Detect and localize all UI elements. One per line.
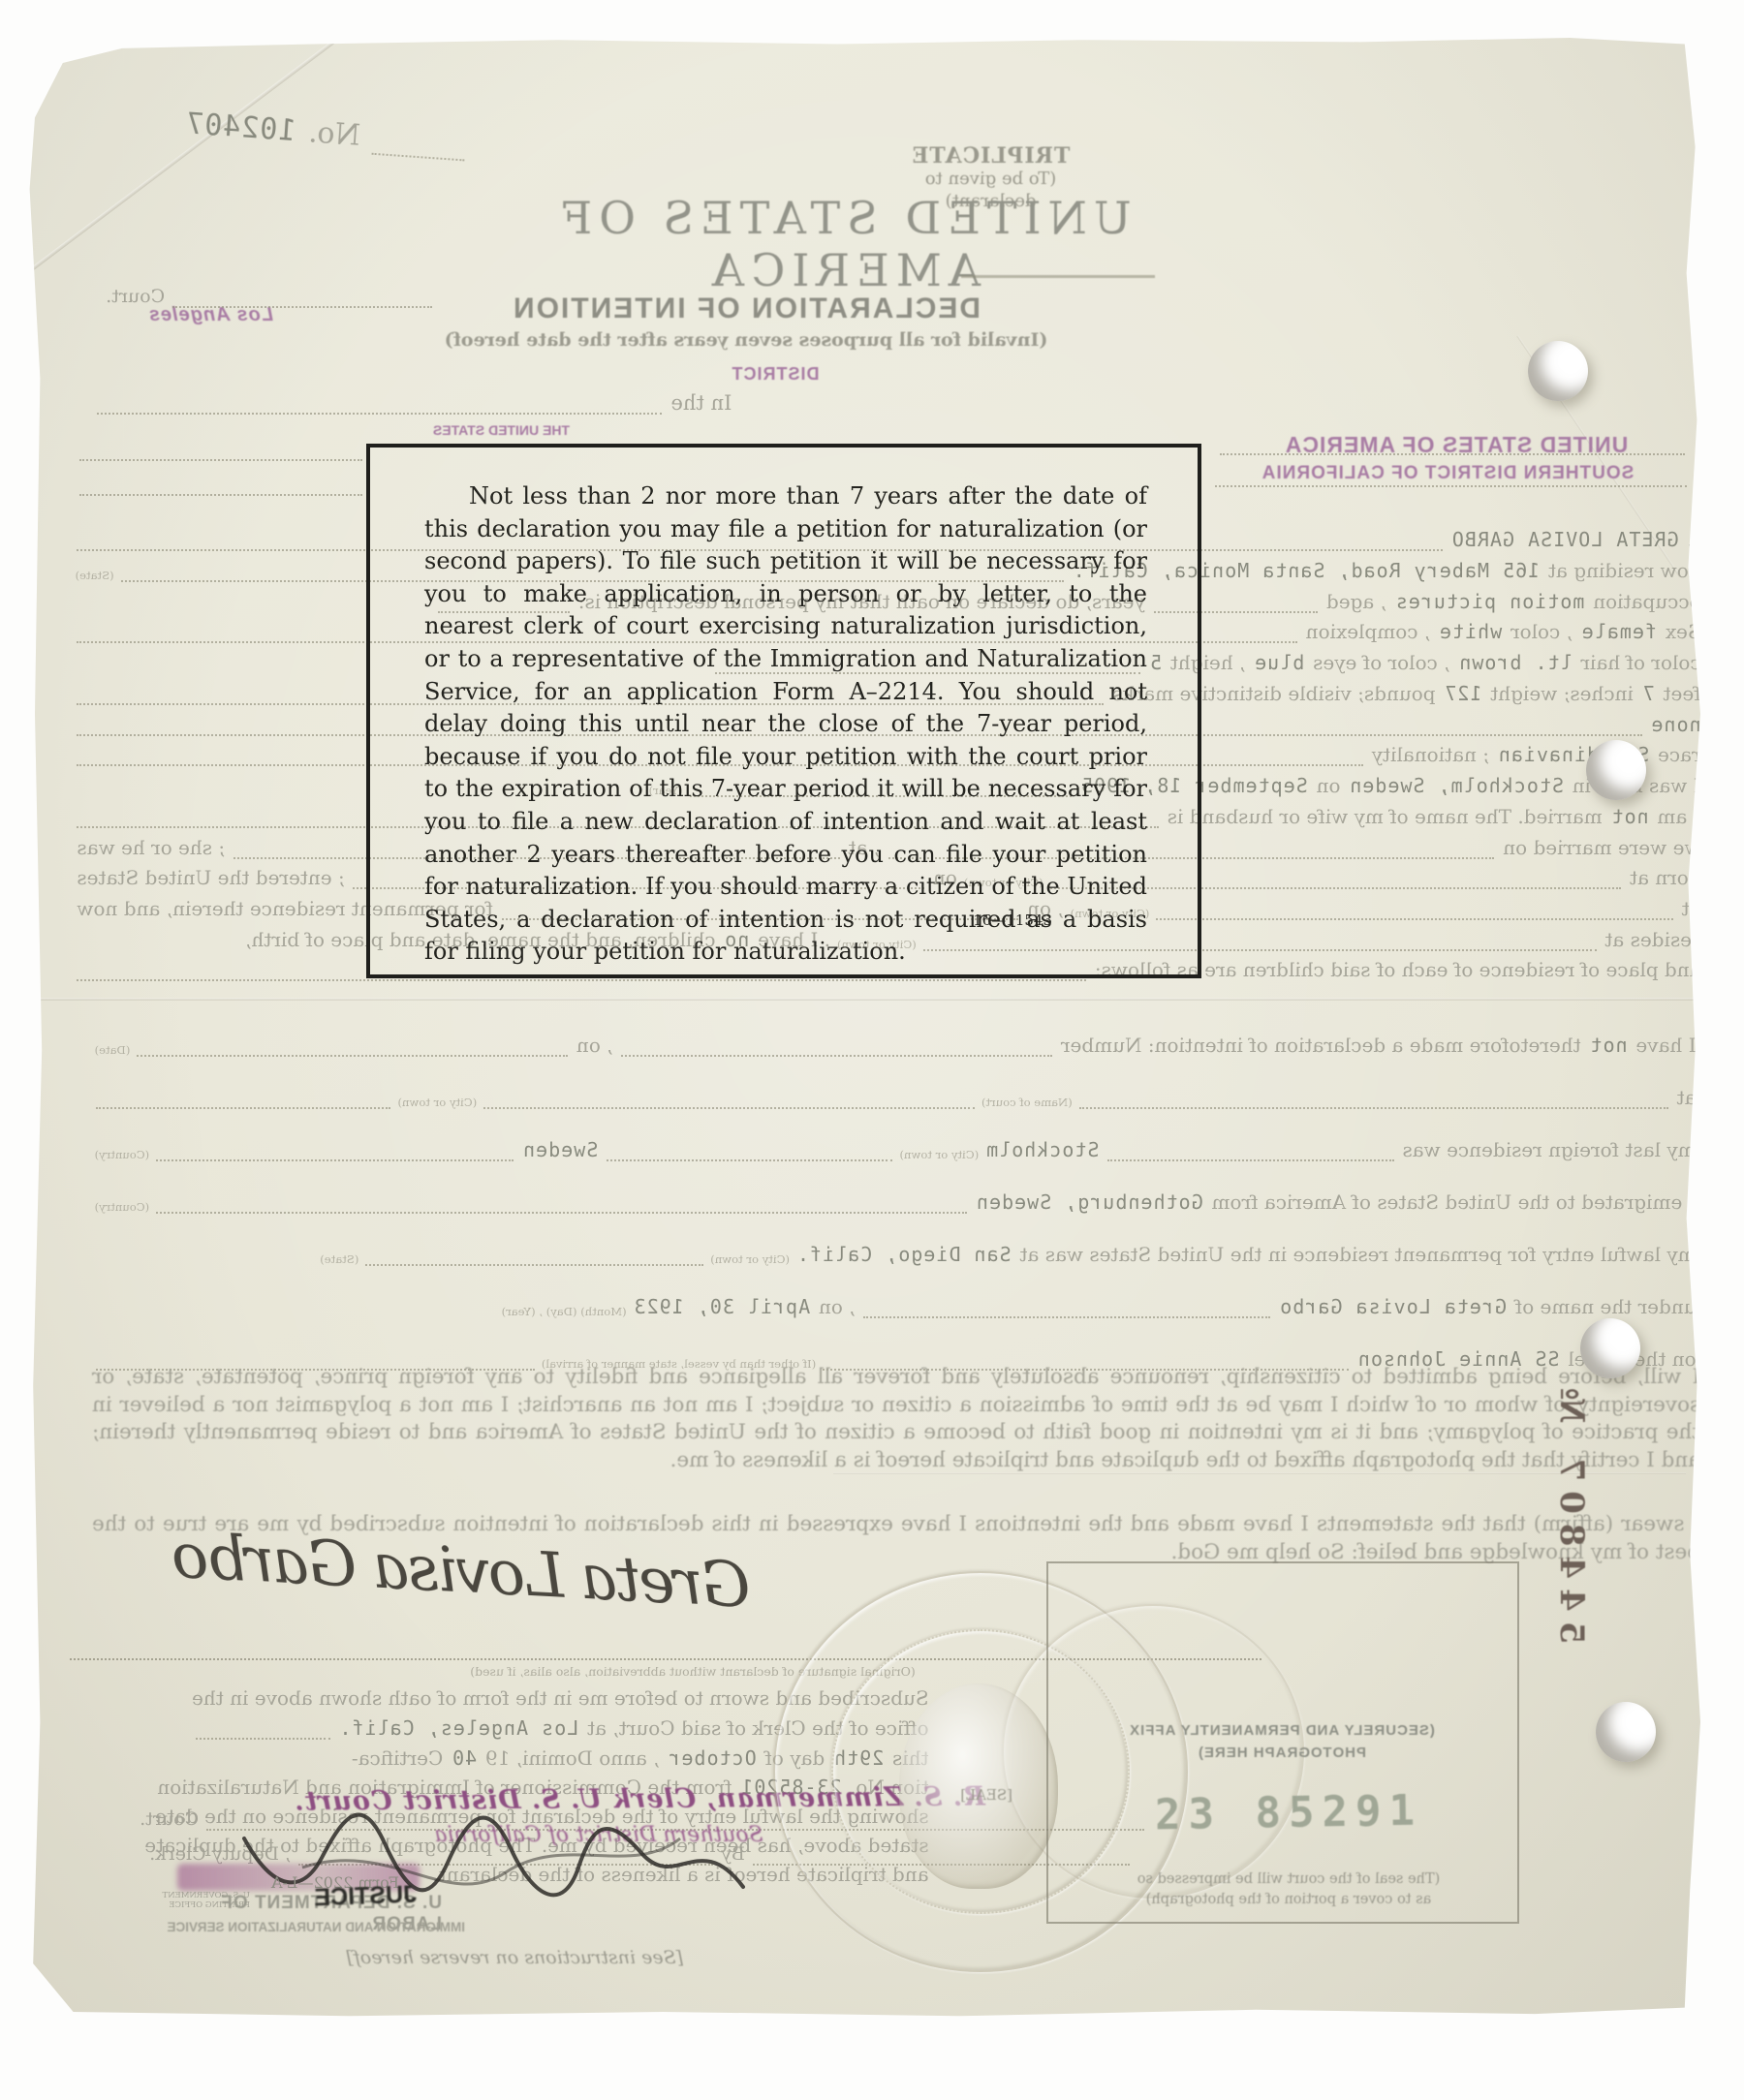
form-row: In the xyxy=(92,391,736,415)
punch-hole xyxy=(1528,341,1588,401)
typed-entry: 7 xyxy=(1642,683,1655,705)
title-rule xyxy=(961,275,1155,278)
field-label: at xyxy=(1682,898,1701,920)
oath-paragraph: I will, before being admitted to citizen… xyxy=(92,1364,1700,1474)
dotted-leader xyxy=(621,1055,1052,1057)
typed-entry: October xyxy=(668,1747,756,1770)
field-sublabel: (Name of court) xyxy=(981,1096,1073,1109)
field-label: , aged xyxy=(1326,591,1386,613)
footer-service: IMMIGRATION AND NATURALIZATION SERVICE xyxy=(145,1920,465,1934)
field-label: I emigrated to the United States of Amer… xyxy=(1212,1191,1697,1214)
copy-label: TRIPLICATE xyxy=(901,143,1080,169)
dotted-leader xyxy=(96,1107,390,1109)
field-sublabel: (Month) (Day) , (Year) xyxy=(502,1306,627,1318)
notice-form-number: 16—11543 xyxy=(973,905,1052,938)
typed-entry: 127 xyxy=(1444,683,1481,705)
field-label: No. xyxy=(307,116,361,153)
field-label: married. The name of my wife or husband … xyxy=(1168,806,1603,828)
photo-affix-note: (SECURELY AND PERMANENTLY AFFIXPHOTOGRAP… xyxy=(1074,1720,1490,1764)
form-row xyxy=(1211,485,1691,487)
form-row: No.102407 xyxy=(84,101,473,161)
dotted-leader xyxy=(1156,918,1673,920)
field-label: we were married on xyxy=(1503,837,1700,859)
field-label: , anno Domini, 19 xyxy=(485,1747,660,1770)
field-label: , on xyxy=(576,1035,613,1057)
field-label: I, xyxy=(1687,529,1700,551)
side-serial-number: 544807 № xyxy=(1548,1344,1591,1678)
dotted-leader xyxy=(372,152,465,161)
typed-entry: not xyxy=(1590,1035,1628,1057)
dotted-leader xyxy=(365,1264,703,1266)
side-serial-value: 544807 xyxy=(1548,1449,1591,1645)
field-sublabel: (City or town) xyxy=(899,1149,979,1161)
typed-entry: Greta Lovisa Garbo xyxy=(1279,1296,1507,1318)
field-label: , color xyxy=(1510,621,1573,643)
scanned-document: TRIPLICATE (To be given todeclarant) UNI… xyxy=(0,0,1744,2100)
venue-stamp-line2: SOUTHERN DISTRICT OF CALIFORNIA xyxy=(1205,463,1690,484)
field-label: resides at xyxy=(1604,929,1700,951)
field-sublabel: (City or town) xyxy=(710,1253,790,1266)
notice-box: Not less than 2 nor more than 7 years af… xyxy=(366,444,1201,978)
dotted-leader xyxy=(1220,453,1685,455)
side-serial-label: № xyxy=(1548,1378,1591,1424)
field-label: , color of eyes xyxy=(1313,652,1449,674)
footer-instructions: [See instructions on reverse hereof] xyxy=(286,1947,683,1968)
form-row: my last foreign residence wasStockholm(C… xyxy=(92,1139,1700,1161)
typed-entry: 102407 xyxy=(184,108,297,148)
dotted-leader xyxy=(79,494,362,496)
field-sublabel: (City or town) xyxy=(397,1096,477,1109)
field-label: on xyxy=(1317,775,1341,797)
field-label: In the xyxy=(671,391,732,415)
punch-hole xyxy=(1586,740,1646,800)
justice-overstamp: JUSTICE xyxy=(291,1881,418,1914)
field-label: feet xyxy=(1663,683,1700,705)
field-label: Sex xyxy=(1666,621,1701,643)
field-label: theretofore made a declaration of intent… xyxy=(1061,1035,1581,1057)
form-row xyxy=(1216,453,1689,455)
form-row: at(Name of court)(City or town) xyxy=(92,1087,1700,1109)
field-label: I am xyxy=(1657,806,1700,828)
field-label: under the name of xyxy=(1515,1296,1697,1318)
document-subtitle: DECLARATION OF INTENTION xyxy=(407,293,1085,325)
punch-hole xyxy=(1580,1318,1640,1378)
typed-entry: 40 xyxy=(452,1747,477,1770)
dotted-leader xyxy=(137,1055,568,1057)
dotted-leader xyxy=(156,1212,967,1214)
dotted-leader xyxy=(173,306,432,308)
typed-entry: GRETA LOVISA GARBO xyxy=(1451,529,1679,551)
typed-entry: white xyxy=(1439,621,1502,643)
form-row: Court. xyxy=(102,287,436,308)
dotted-leader xyxy=(1079,1107,1668,1109)
field-label: now residing at xyxy=(1548,560,1701,582)
form-row xyxy=(76,459,366,461)
seal-label: [SEAL] xyxy=(925,1786,1012,1804)
field-label: race xyxy=(1658,744,1701,766)
dotted-leader xyxy=(97,413,663,415)
dotted-leader xyxy=(77,979,1086,981)
form-row: my lawful entry for permanent residence … xyxy=(92,1244,1700,1266)
photo-seal-note: (The seal of the court will be impressed… xyxy=(1075,1869,1502,1910)
crease-line xyxy=(37,998,1696,1001)
field-label: I have xyxy=(1635,1035,1696,1057)
district-stamp: DISTRICT xyxy=(678,364,872,385)
typed-entry: Gothenburg, Sweden xyxy=(976,1191,1203,1214)
subtitle-note: (Invalid for all purposes seven years af… xyxy=(407,329,1085,351)
field-sublabel: (Country) xyxy=(95,1149,150,1161)
document-title: UNITED STATES OF AMERICA xyxy=(426,192,1260,296)
typed-entry: Stockholm, Sweden xyxy=(1349,775,1564,797)
dotted-leader xyxy=(1107,1159,1393,1161)
field-label: born at xyxy=(1630,867,1701,889)
typed-entry: female xyxy=(1581,621,1657,643)
typed-entry: Stockholm xyxy=(985,1139,1099,1161)
field-sublabel: (Country) xyxy=(95,1201,150,1214)
dotted-leader xyxy=(607,1159,892,1161)
field-label: ; entered the United States xyxy=(77,867,344,889)
form-row: under the name ofGreta Lovisa Garbo, onA… xyxy=(92,1296,1700,1318)
form-row xyxy=(76,494,366,496)
typed-entry: lt. brown xyxy=(1458,652,1572,674)
field-label: , on xyxy=(819,1296,856,1318)
dotted-leader xyxy=(156,1159,514,1161)
typed-entry: none xyxy=(1650,714,1700,736)
field-label: inches; weight xyxy=(1490,683,1634,705)
typed-entry: San Diego, Calif. xyxy=(796,1244,1012,1266)
field-label: Certifica- xyxy=(352,1747,443,1770)
field-label: at xyxy=(1677,1087,1697,1109)
notice-text: Not less than 2 nor more than 7 years af… xyxy=(424,480,1147,969)
dotted-leader xyxy=(196,1738,330,1740)
field-label: , complexion xyxy=(1306,621,1431,643)
field-sublabel: (Date) xyxy=(95,1044,131,1057)
field-sublabel: (State) xyxy=(320,1253,358,1266)
form-row: I emigrated to the United States of Amer… xyxy=(92,1191,1700,1214)
paper-sheet: TRIPLICATE (To be given todeclarant) UNI… xyxy=(0,0,1744,2100)
field-label: color of hair xyxy=(1580,652,1700,674)
field-label: occupation xyxy=(1593,591,1700,613)
typed-entry: blue xyxy=(1254,652,1304,674)
field-label: ; nationality xyxy=(1372,744,1489,766)
field-sublabel: (State) xyxy=(76,570,114,582)
typed-entry: April 30, 1923 xyxy=(634,1296,811,1318)
certification-number-stamp: 23 85291 xyxy=(1095,1785,1483,1841)
typed-entry: Los Angeles, Calif. xyxy=(338,1717,578,1740)
dotted-leader xyxy=(79,459,362,461)
punch-hole xyxy=(1596,1702,1656,1762)
field-label: my last foreign residence was xyxy=(1402,1139,1696,1161)
dotted-leader xyxy=(1215,485,1687,487)
field-label: ; she or he was xyxy=(77,837,225,859)
form-row: I havenottheretofore made a declaration … xyxy=(92,1035,1700,1057)
dotted-leader xyxy=(863,1316,1270,1318)
field-label: Court. xyxy=(106,287,165,308)
united-states-stamp: THE UNITED STATES xyxy=(415,422,570,438)
dotted-leader xyxy=(483,1107,975,1109)
field-label: my lawful entry for permanent residence … xyxy=(1019,1244,1696,1266)
typed-entry: Sweden xyxy=(522,1139,598,1161)
typed-entry: motion pictures xyxy=(1395,591,1585,613)
typed-entry: not xyxy=(1611,806,1649,828)
